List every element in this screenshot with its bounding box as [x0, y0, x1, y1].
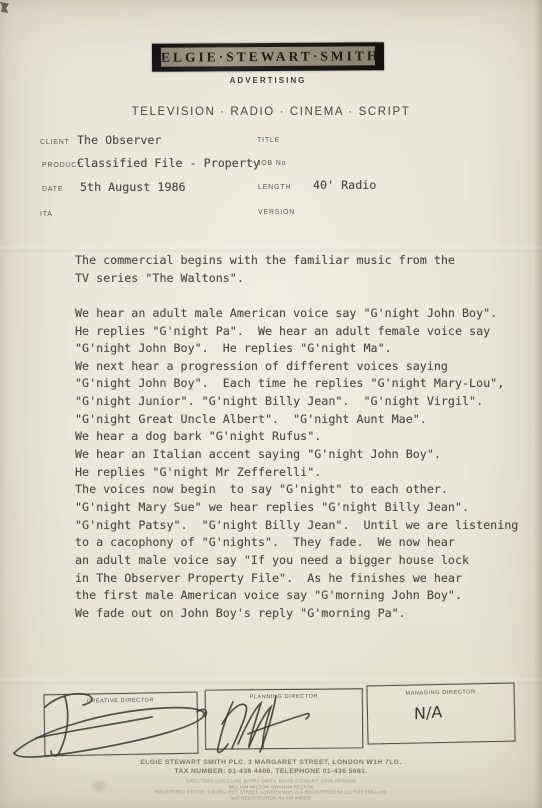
date-value: 5th August 1986 — [80, 180, 186, 194]
footer-vat: VAT REGISTRATION No 446 846338 — [49, 796, 493, 801]
script-line: to a cacophony of "G'nights". They fade.… — [75, 534, 535, 552]
script-line: We hear an Italian accent saying "G'nigh… — [75, 446, 535, 464]
script-line: We hear an adult male American voice say… — [75, 305, 535, 323]
creative-director-signature-box: CREATIVE DIRECTOR — [43, 692, 198, 757]
paper-speck — [0, 2, 9, 13]
script-line: He replies "G'night Pa". We hear an adul… — [75, 323, 535, 341]
job-no-label: JOB No — [257, 160, 286, 167]
footer-directors-2: WILLIAM WILSON. GRAHAM RESTON — [49, 785, 493, 790]
ita-label: ITA — [40, 211, 53, 218]
script-line — [75, 287, 535, 305]
script-line: The commercial begins with the familiar … — [75, 252, 535, 270]
managing-director-na-handwriting: N/A — [414, 702, 442, 723]
scanned-script-page: ELGIE·STEWART·SMITH ADVERTISING TELEVISI… — [0, 0, 542, 808]
script-body: The commercial begins with the familiar … — [75, 252, 535, 622]
client-label: CLIENT — [40, 139, 70, 146]
script-line: "G'night Junior". "G'night Billy Jean". … — [75, 393, 535, 411]
script-line: "G'night John Boy". He replies "G'night … — [75, 340, 535, 358]
length-value: 40' Radio — [313, 178, 376, 192]
script-line: "G'night Great Uncle Albert". "G'night A… — [75, 411, 535, 429]
script-line: "G'night Mary Sue" we hear replies "G'ni… — [75, 499, 535, 517]
script-line: TV series "The Waltons". — [75, 270, 535, 288]
footer-directors: DIRECTORS DON ELVIN. BARRY SMITH. BRIAN … — [49, 779, 493, 784]
script-line: "G'night John Boy". Each time he replies… — [75, 375, 535, 393]
agency-subtitle: ADVERTISING — [152, 76, 384, 85]
document-type-title: TELEVISION · RADIO · CINEMA · SCRIPT — [0, 106, 542, 118]
client-value: The Observer — [77, 133, 161, 147]
script-line: in The Observer Property File". As he fi… — [75, 570, 535, 588]
script-line: The voices now begin to say "G'night" to… — [75, 481, 535, 499]
managing-director-label: MANAGING DIRECTOR — [368, 688, 514, 697]
title-label: TITLE — [257, 137, 280, 144]
footer-registered-office: REGISTERED OFFICE: 3 MARGARET STREET. LO… — [49, 790, 493, 795]
script-line: "G'night Patsy". "G'night Billy Jean". U… — [75, 517, 535, 535]
script-line: We next hear a progression of different … — [75, 358, 535, 376]
script-line: We fade out on John Boy's reply "G'morni… — [75, 605, 535, 623]
version-label: VERSION — [258, 209, 295, 216]
script-line: He replies "G'night Mr Zefferelli". — [75, 464, 535, 482]
date-label: DATE — [42, 186, 63, 193]
managing-director-signature-box: MANAGING DIRECTOR N/A — [366, 682, 515, 744]
planning-director-label: PLANNING DIRECTOR — [206, 693, 362, 700]
agency-name: ELGIE·STEWART·SMITH — [161, 46, 375, 66]
product-value: Classified File - Property — [77, 156, 260, 170]
footer-address: ELGIE STEWART SMITH PLC. 3 MARGARET STRE… — [0, 759, 542, 766]
planning-director-signature-box: PLANNING DIRECTOR — [205, 688, 364, 749]
script-line: the first male American voice say "G'mor… — [75, 587, 535, 605]
footer-phone: TAX NUMBER: 01-436 4406. TELEPHONE 01-43… — [0, 768, 542, 775]
length-label: LENGTH — [258, 184, 291, 191]
agency-logo-box: ELGIE·STEWART·SMITH — [152, 42, 384, 72]
script-line: We hear a dog bark "G'night Rufus". — [75, 428, 535, 446]
script-line: an adult male voice say "If you need a b… — [75, 552, 535, 570]
creative-director-label: CREATIVE DIRECTOR — [87, 697, 155, 704]
